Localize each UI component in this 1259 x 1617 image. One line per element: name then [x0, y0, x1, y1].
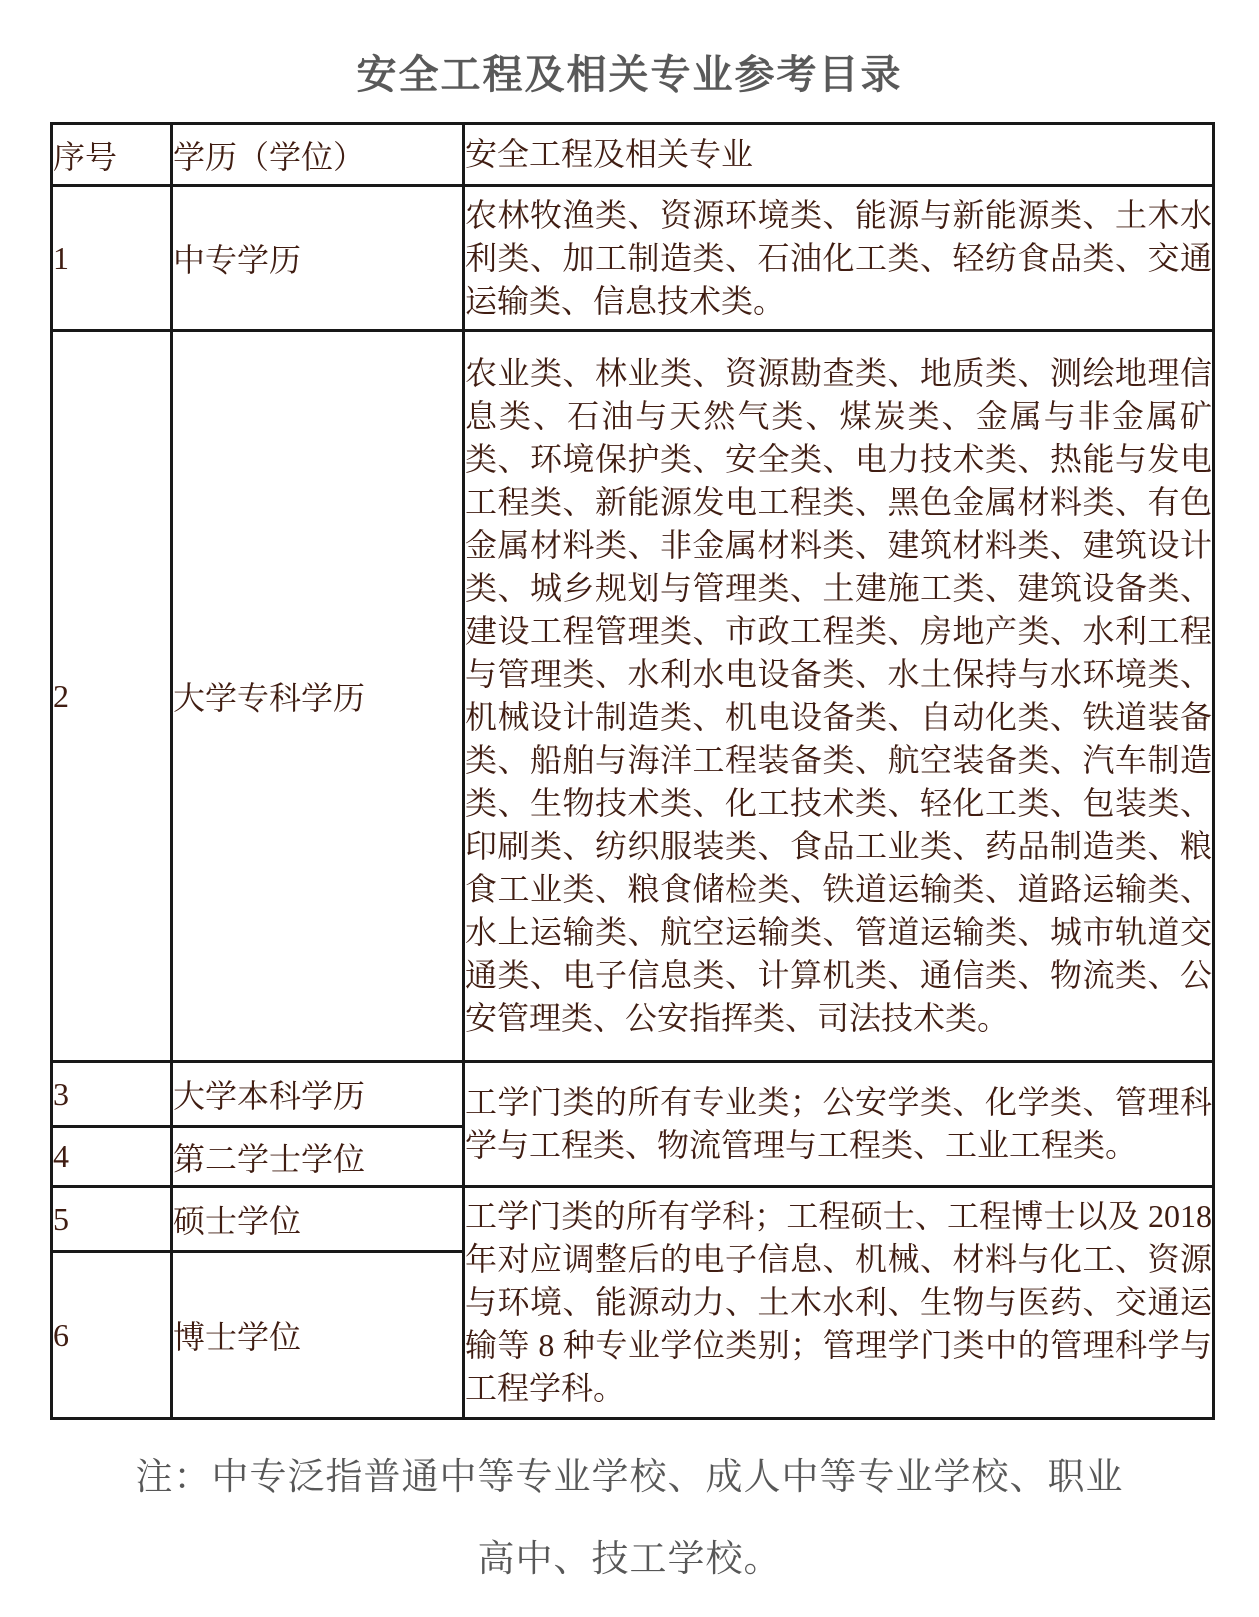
row-number: 2: [52, 331, 172, 1062]
footnote-line-2: 高中、技工学校。: [478, 1538, 782, 1579]
table-row: 5 硕士学位 工学门类的所有学科；工程硕士、工程博士以及 2018 年对应调整后…: [52, 1187, 1214, 1252]
majors-text: 工学门类的所有学科；工程硕士、工程博士以及 2018 年对应调整后的电子信息、机…: [464, 1187, 1214, 1419]
column-header-degree: 学历（学位）: [172, 124, 464, 186]
majors-text: 农林牧渔类、资源环境类、能源与新能源类、土木水利类、加工制造类、石油化工类、轻纺…: [464, 186, 1214, 331]
row-number: 6: [52, 1252, 172, 1419]
table-row: 2 大学专科学历 农业类、林业类、资源勘查类、地质类、测绘地理信息类、石油与天然…: [52, 331, 1214, 1062]
majors-text: 农业类、林业类、资源勘查类、地质类、测绘地理信息类、石油与天然气类、煤炭类、金属…: [464, 331, 1214, 1062]
row-number: 3: [52, 1062, 172, 1127]
majors-reference-table: 序号 学历（学位） 安全工程及相关专业 1 中专学历 农林牧渔类、资源环境类、能…: [50, 122, 1215, 1420]
document-page: 安全工程及相关专业参考目录 序号 学历（学位） 安全工程及相关专业 1 中专学历…: [0, 0, 1259, 1617]
table-row: 3 大学本科学历 工学门类的所有专业类；公安学类、化学类、管理科学与工程类、物流…: [52, 1062, 1214, 1127]
row-number: 1: [52, 186, 172, 331]
degree-label: 博士学位: [172, 1252, 464, 1419]
degree-label: 大学本科学历: [172, 1062, 464, 1127]
footnote-line-1: 注：中专泛指普通中等专业学校、成人中等专业学校、职业: [136, 1456, 1124, 1497]
table-row: 1 中专学历 农林牧渔类、资源环境类、能源与新能源类、土木水利类、加工制造类、石…: [52, 186, 1214, 331]
table-header-row: 序号 学历（学位） 安全工程及相关专业: [52, 124, 1214, 186]
degree-label: 第二学士学位: [172, 1127, 464, 1187]
degree-label: 大学专科学历: [172, 331, 464, 1062]
degree-label: 硕士学位: [172, 1187, 464, 1252]
degree-label: 中专学历: [172, 186, 464, 331]
page-title: 安全工程及相关专业参考目录: [0, 0, 1259, 98]
footnote: 注：中专泛指普通中等专业学校、成人中等专业学校、职业 高中、技工学校。: [0, 1420, 1259, 1600]
column-header-majors: 安全工程及相关专业: [464, 124, 1214, 186]
majors-text: 工学门类的所有专业类；公安学类、化学类、管理科学与工程类、物流管理与工程类、工业…: [464, 1062, 1214, 1187]
row-number: 5: [52, 1187, 172, 1252]
row-number: 4: [52, 1127, 172, 1187]
column-header-number: 序号: [52, 124, 172, 186]
